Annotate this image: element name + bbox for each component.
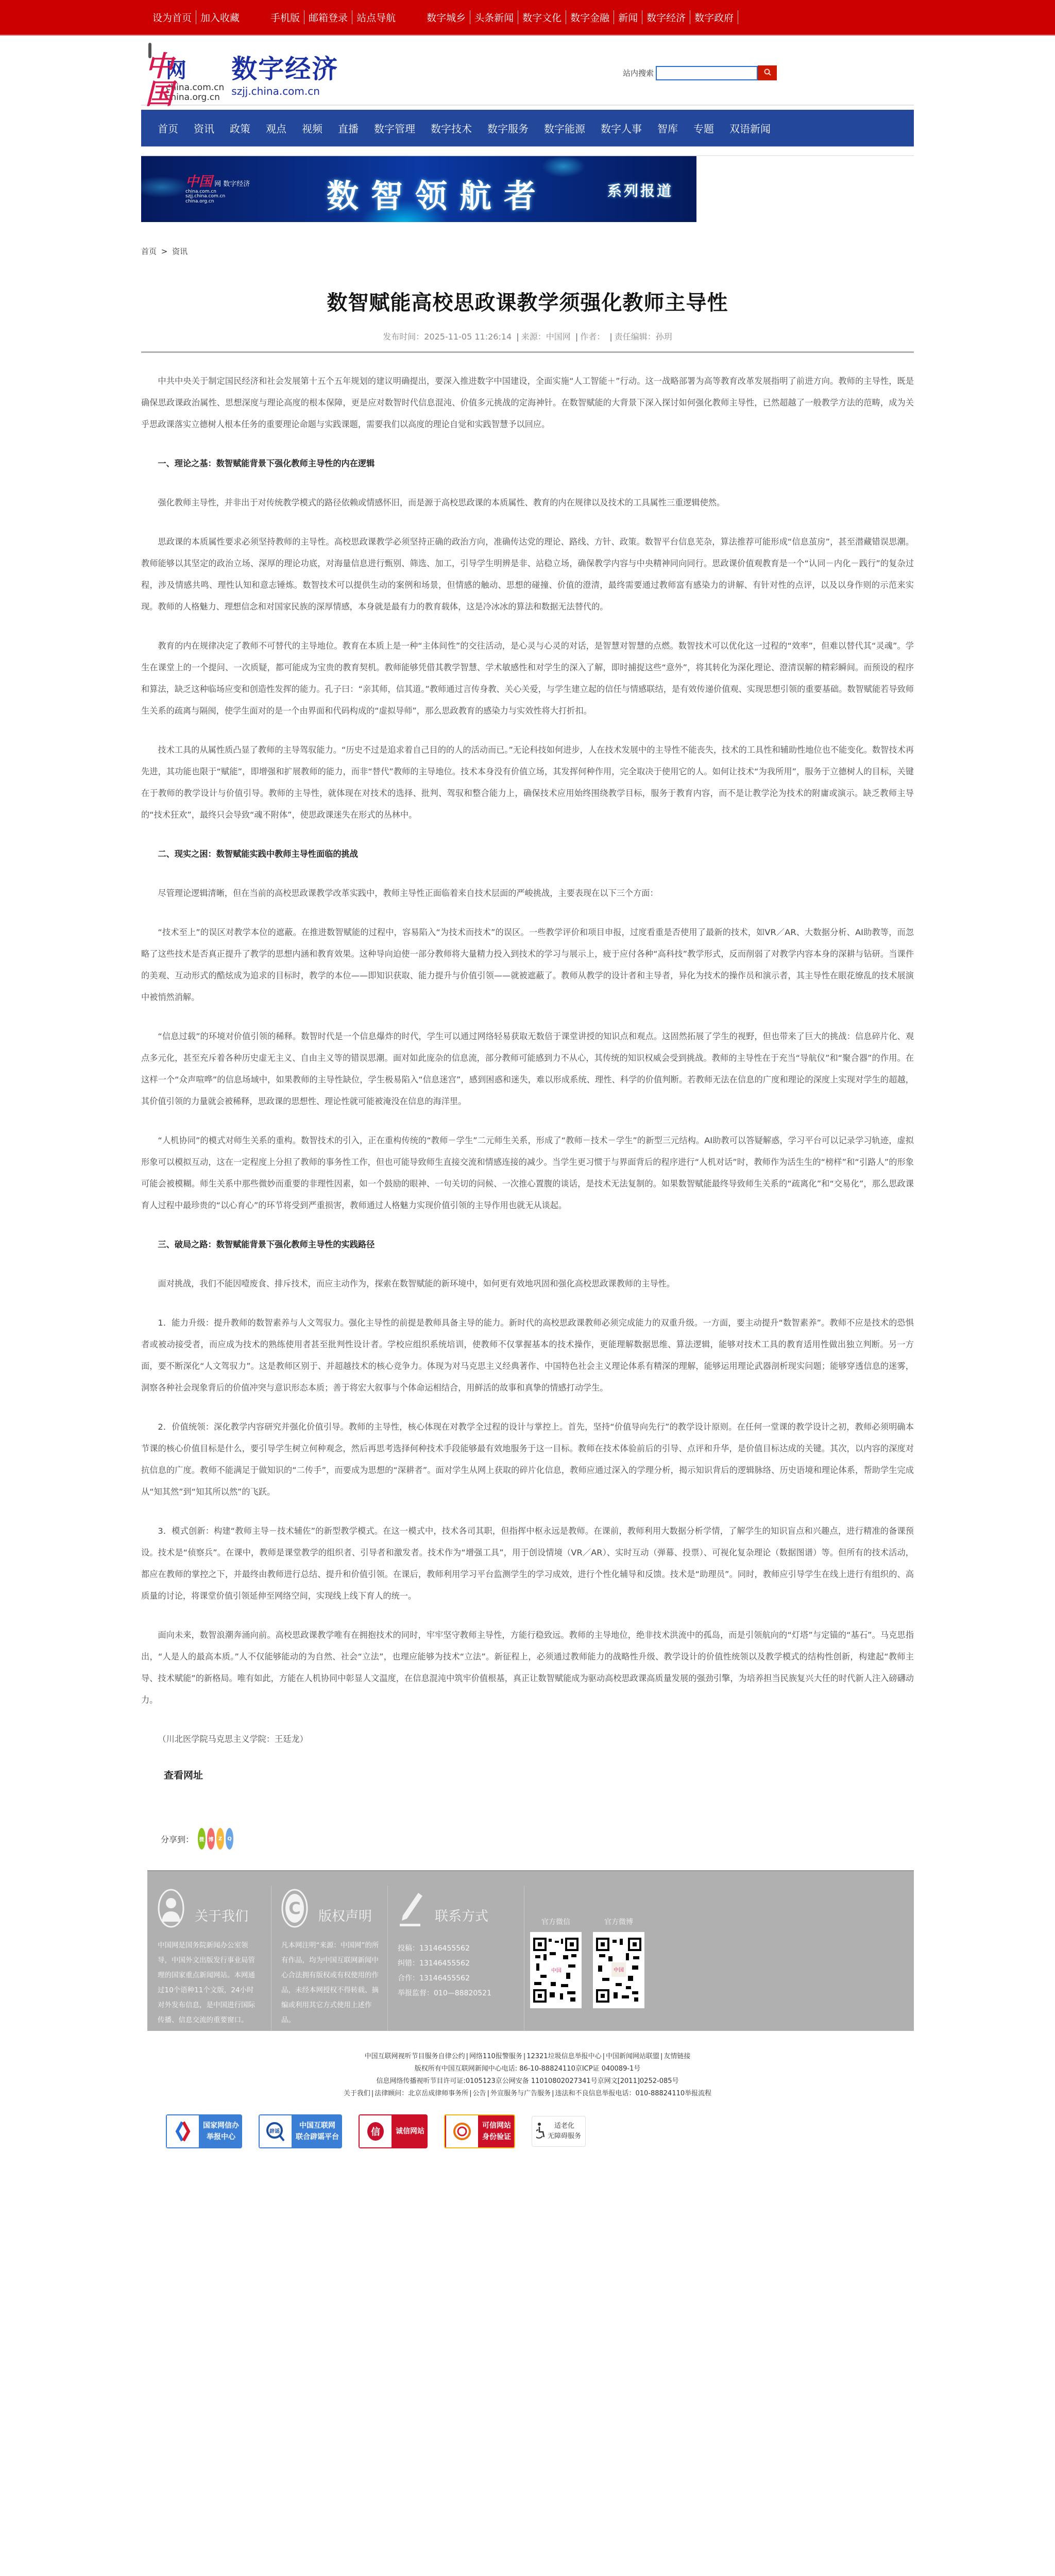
title-divider: [141, 351, 914, 353]
editor-label: 责任编辑：: [615, 332, 656, 342]
piyao-badge[interactable]: 辟谣 中国互联网联合辟谣平台: [259, 2114, 342, 2148]
site-logo[interactable]: 中国 网 china.com.cn china.org.cn 数字经济 szjj…: [141, 43, 338, 102]
section-heading: 一、理论之基：数智赋能背景下强化教师主导性的内在逻辑: [141, 453, 914, 474]
paragraph: 技术工具的从属性质凸显了教师的主导驾驭能力。“历史不过是追求着自己目的的人的活动…: [141, 739, 914, 826]
trusted-logo-icon: [446, 2115, 478, 2147]
channel-link[interactable]: 数字经济: [642, 10, 690, 24]
logo-subdomain: szjj.china.com.cn: [231, 85, 338, 97]
about-us-section: 关于我们 中国网是国务院新闻办公室领导，中国外文出版发行事业局管理的国家重点新闻…: [154, 1871, 271, 2031]
qr-section: 官方微信: [524, 1871, 914, 2031]
nav-item-bilingual-news[interactable]: 双语新闻: [729, 121, 771, 135]
search-button[interactable]: [758, 65, 777, 80]
contact-title: 联系方式: [435, 1906, 488, 1925]
site-header: 中国 网 china.com.cn china.org.cn 数字经济 szjj…: [141, 36, 914, 106]
nav-item-digital-service[interactable]: 数字服务: [487, 121, 529, 135]
legal-link[interactable]: 外宣服务与广告服务: [490, 2090, 551, 2097]
footer-info-panel: 关于我们 中国网是国务院新闻办公室领导，中国外文出版发行事业局管理的国家重点新闻…: [147, 1870, 914, 2031]
about-links-row: 关于我们|法律顾问：北京岳成律师事务所|公告|外宣服务与广告服务|违法和不良信息…: [141, 2088, 914, 2100]
copyright-text: 凡本网注明“来源：中国网”的所有作品，均为中国互联网新闻中心合法拥有版权或有权使…: [281, 1938, 384, 2028]
nav-item-digital-tech[interactable]: 数字技术: [431, 121, 472, 135]
credit-site-badge[interactable]: 信 诚信网站: [359, 2114, 428, 2148]
article-body: 中共中央关于制定国民经济和社会发展第十五个五年规划的建议明确提出，要深入推进数字…: [141, 370, 914, 1750]
breadcrumb: 首页 > 资讯: [141, 246, 914, 257]
user-icon: [158, 1889, 184, 1928]
cac-logo-icon: [167, 2115, 199, 2147]
license-line: 信息网络传播视听节目许可证:0105123京公网安备 1101080202734…: [141, 2075, 914, 2088]
nav-item-digital-energy[interactable]: 数字能源: [544, 121, 585, 135]
trust-badges: 国家网信办举报中心 辟谣 中国互联网联合辟谣平台 信 诚信网站 可信网站身份验证…: [141, 2114, 914, 2179]
nav-item-home[interactable]: 首页: [158, 121, 178, 135]
nav-item-topics[interactable]: 专题: [693, 121, 714, 135]
nav-item-news[interactable]: 资讯: [194, 121, 214, 135]
nav-item-digital-management[interactable]: 数字管理: [374, 121, 415, 135]
legal-links-row: 中国互联网视听节目服务自律公约|网络110报警服务|12321垃圾信息举报中心|…: [141, 2050, 914, 2063]
contact-list: 投稿：13146455562 纠错：13146455562 合作：1314645…: [398, 1941, 524, 2001]
legal-footer: 中国互联网视听节目服务自律公约|网络110报警服务|12321垃圾信息举报中心|…: [141, 2050, 914, 2100]
editor: 孙玥: [656, 332, 672, 342]
svg-text:C: C: [288, 1899, 300, 1918]
credit-logo-icon: 信: [360, 2115, 392, 2147]
paragraph: 中共中央关于制定国民经济和社会发展第十五个五年规划的建议明确提出，要深入推进数字…: [141, 370, 914, 435]
banner-logo: 中国 网 数字经济 china.com.cn szjj.china.com.cn…: [185, 175, 250, 205]
weibo-qr-code: 中国: [593, 1932, 644, 2008]
channel-link[interactable]: 数字城乡: [427, 10, 470, 24]
magnifier-icon: 辟谣: [260, 2115, 292, 2147]
mail-login-link[interactable]: 邮箱登录: [304, 10, 352, 24]
source: 中国网: [546, 332, 571, 342]
wechat-qr-label: 官方微信: [530, 1917, 582, 1927]
contact-report: 举报监督：010—88820521: [398, 1986, 524, 2001]
breadcrumb-home[interactable]: 首页: [141, 247, 157, 256]
channel-link[interactable]: 数字金融: [566, 10, 614, 24]
nav-item-opinion[interactable]: 观点: [266, 121, 286, 135]
channel-link[interactable]: 数字文化: [518, 10, 566, 24]
source-label: 来源：: [521, 332, 546, 342]
topbar-group-tools: 手机版 邮箱登录 站点导航: [270, 10, 400, 24]
legal-link[interactable]: 关于我们: [344, 2090, 370, 2097]
share-label: 分享到：: [161, 1833, 194, 1845]
search-input[interactable]: [656, 66, 758, 80]
svg-text:信: 信: [371, 2126, 380, 2138]
qzone-icon[interactable]: Z: [216, 1828, 224, 1850]
paragraph: 面对挑战，我们不能因噎废食、排斥技术，而应主动作为，探索在数智赋能的新环境中，如…: [141, 1273, 914, 1295]
view-url-link[interactable]: 查看网址: [164, 1768, 914, 1782]
svg-text:中国: 中国: [551, 1967, 561, 1974]
trusted-site-badge[interactable]: 可信网站身份验证: [444, 2114, 515, 2148]
nav-item-digital-hr[interactable]: 数字人事: [601, 121, 642, 135]
top-bar: 设为首页 加入收藏 手机版 邮箱登录 站点导航 数字城乡 头条新闻 数字文化 数…: [0, 0, 1055, 36]
contact-section: 联系方式 投稿：13146455562 纠错：13146455562 合作：13…: [387, 1871, 524, 2031]
weibo-qr-label: 官方微博: [593, 1917, 644, 1927]
china-logo-icon: 中国: [141, 43, 165, 99]
about-us-title: 关于我们: [195, 1906, 248, 1925]
main-nav: 首页 资讯 政策 观点 视频 直播 数字管理 数字技术 数字服务 数字能源 数字…: [141, 110, 914, 147]
paragraph: 思政课的本质属性要求必须坚持教师的主导性。高校思政课教学必须坚持正确的政治方向，…: [141, 531, 914, 618]
banner-subtitle: 系列报道: [607, 180, 673, 200]
accessibility-badge[interactable]: 适老化无障碍服务: [532, 2116, 586, 2147]
legal-link[interactable]: 公告: [473, 2090, 486, 2097]
about-us-text: 中国网是国务院新闻办公室领导，中国外文出版发行事业局管理的国家重点新闻网站。本网…: [158, 1938, 261, 2028]
copyright-title: 版权声明: [318, 1906, 372, 1925]
contact-cooperation: 合作：13146455562: [398, 1971, 524, 1986]
legal-link[interactable]: 网络110报警服务: [469, 2053, 522, 2060]
set-homepage-link[interactable]: 设为首页: [152, 10, 196, 24]
svg-text:中国: 中国: [614, 1967, 624, 1973]
weibo-icon[interactable]: 博: [207, 1828, 215, 1850]
channel-link[interactable]: 数字政府: [690, 10, 738, 24]
paragraph: 尽管理论逻辑清晰，但在当前的高校思政课教学改革实践中，教师主导性正面临着来自技术…: [141, 883, 914, 904]
article-meta: 发布时间：2025-11-05 11:26:14 |来源：中国网 |作者： |责…: [141, 330, 914, 342]
author-label: 作者：: [580, 332, 605, 342]
section-heading: 二、现实之困：数智赋能实践中教师主导性面临的挑战: [141, 843, 914, 865]
channel-link[interactable]: 新闻: [614, 10, 642, 24]
site-nav-link[interactable]: 站点导航: [352, 10, 400, 24]
breadcrumb-separator: >: [161, 247, 168, 256]
legal-link[interactable]: 法律顾问：北京岳成律师事务所: [375, 2090, 468, 2097]
nav-item-policy[interactable]: 政策: [230, 121, 250, 135]
channel-link[interactable]: 头条新闻: [470, 10, 518, 24]
copyright-line: 版权所有中国互联网新闻中心电话: 86-10-88824110京ICP证 040…: [141, 2063, 914, 2075]
contact-submit: 投稿：13146455562: [398, 1941, 524, 1956]
series-banner[interactable]: 中国 网 数字经济 china.com.cn szjj.china.com.cn…: [141, 156, 696, 222]
paragraph: 1．能力升级：提升教师的数智素养与人文驾驭力。强化主导性的前提是教师具备主导的能…: [141, 1312, 914, 1399]
svg-text:辟谣: 辟谣: [269, 2128, 280, 2134]
wechat-icon[interactable]: 微: [198, 1828, 206, 1850]
paragraph: 2．价值统领：深化教学内容研究并强化价值引导。教师的主导性，核心体现在对教学全过…: [141, 1416, 914, 1503]
pencil-icon: [398, 1889, 424, 1928]
topbar-group-channels: 数字城乡 头条新闻 数字文化 数字金融 新闻 数字经济 数字政府: [427, 10, 738, 24]
publish-time-label: 发布时间：: [383, 332, 424, 342]
copyright-section: C 版权声明 凡本网注明“来源：中国网”的所有作品，均为中国互联网新闻中心合法拥…: [271, 1871, 387, 2031]
legal-link[interactable]: 违法和不良信息举报电话：010-88824110举报流程: [555, 2090, 711, 2097]
copyright-icon: C: [281, 1889, 308, 1928]
legal-link[interactable]: 中国新闻网站联盟: [606, 2053, 659, 2060]
nav-item-video[interactable]: 视频: [302, 121, 322, 135]
author-signature: （川北医学院马克思主义学院：王廷龙）: [141, 1728, 914, 1750]
search-label: 站内搜索: [623, 67, 654, 78]
logo-title: 数字经济: [231, 56, 338, 82]
paragraph: 教育的内在规律决定了教师不可替代的主导地位。教育在本质上是一种“主体间性”的交往…: [141, 635, 914, 722]
nav-item-live[interactable]: 直播: [338, 121, 359, 135]
publish-time: 2025-11-05 11:26:14: [424, 332, 512, 342]
contact-correction: 纠错：13146455562: [398, 1956, 524, 1971]
qq-icon[interactable]: Q: [226, 1828, 233, 1850]
share-bar: 分享到： 微 博 Z Q: [161, 1828, 914, 1850]
paragraph: 3．模式创新：构建“教师主导－技术辅佐”的新型教学模式。在这一模式中，技术各司其…: [141, 1520, 914, 1607]
paragraph: 强化教师主导性，并非出于对传统教学模式的路径依赖或情感怀旧，而是源于高校思政课的…: [141, 492, 914, 514]
paragraph: “信息过载”的环境对价值引领的稀释。数智时代是一个信息爆炸的时代，学生可以通过网…: [141, 1026, 914, 1112]
paragraph: 面向未来，数智浪潮奔涌向前。高校思政课教学唯有在拥抱技术的同时，牢牢坚守教师主导…: [141, 1624, 914, 1711]
search-icon: [763, 68, 772, 78]
mobile-version-link[interactable]: 手机版: [270, 10, 304, 24]
add-favorite-link[interactable]: 加入收藏: [196, 10, 244, 24]
paragraph: “技术至上”的误区对教学本位的遮蔽。在推进数智赋能的过程中，容易陷入“为技术而技…: [141, 922, 914, 1008]
legal-link[interactable]: 中国互联网视听节目服务自律公约: [365, 2053, 465, 2060]
legal-link[interactable]: 友情链接: [663, 2053, 690, 2060]
logo-domains: china.com.cn china.org.cn: [166, 83, 224, 102]
breadcrumb-news[interactable]: 资讯: [172, 247, 188, 256]
cac-report-badge[interactable]: 国家网信办举报中心: [166, 2114, 242, 2148]
wechat-qr-code: 中国: [530, 1932, 582, 2008]
legal-link[interactable]: 12321垃圾信息举报中心: [526, 2053, 601, 2060]
article-title: 数智赋能高校思政课教学须强化教师主导性: [141, 286, 914, 316]
paragraph: “人机协同”的模式对师生关系的重构。数智技术的引入，正在重构传统的“教师－学生”…: [141, 1130, 914, 1216]
banner-title: 数智领航者: [327, 171, 548, 216]
nav-item-think-tank[interactable]: 智库: [657, 121, 678, 135]
topbar-group-site: 设为首页 加入收藏: [152, 10, 244, 24]
wheelchair-icon: [536, 2122, 546, 2141]
site-search: 站内搜索: [623, 65, 777, 80]
section-heading: 三、破局之路：数智赋能背景下强化教师主导性的实践路径: [141, 1234, 914, 1256]
